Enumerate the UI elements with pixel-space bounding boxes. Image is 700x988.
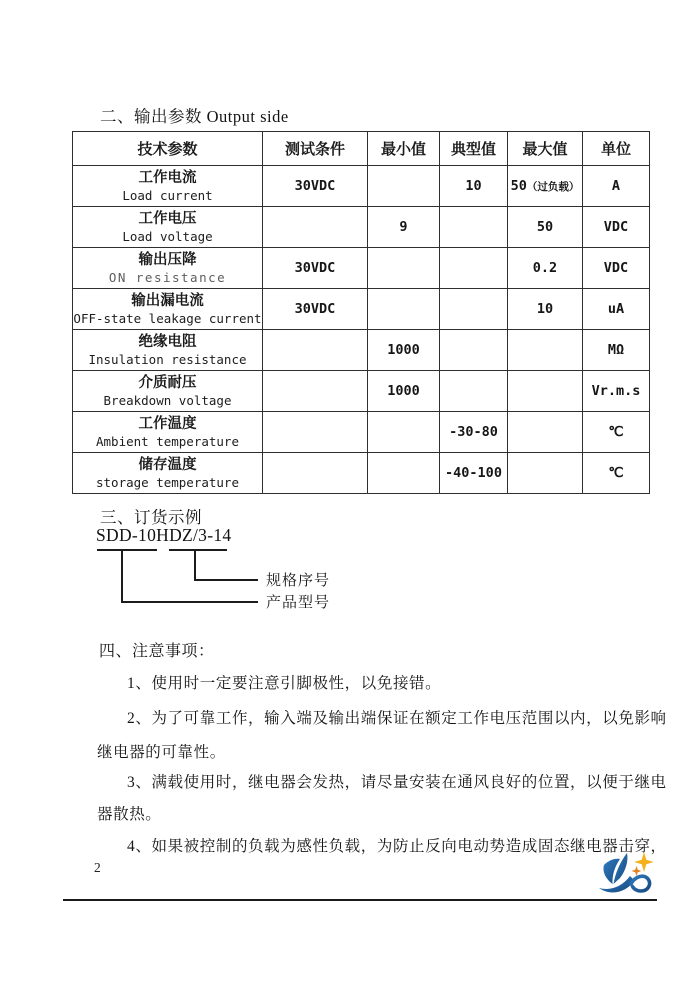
param-name-en: Breakdown voltage bbox=[73, 393, 262, 409]
table-row: 绝缘电阻 Insulation resistance 1000 MΩ bbox=[73, 330, 650, 371]
max-cell bbox=[508, 371, 583, 412]
min-cell: 1000 bbox=[368, 371, 440, 412]
max-cell: 50 bbox=[508, 207, 583, 248]
model-number: SDD-10HDZ/3-14 bbox=[96, 525, 231, 546]
header-unit: 单位 bbox=[583, 132, 650, 166]
typical-cell bbox=[440, 289, 508, 330]
unit-cell: ℃ bbox=[583, 412, 650, 453]
param-name-cn: 工作电流 bbox=[73, 169, 262, 188]
condition-cell bbox=[263, 330, 368, 371]
param-name-cn: 输出压降 bbox=[73, 251, 262, 270]
max-cell: 10 bbox=[508, 289, 583, 330]
header-parameter: 技术参数 bbox=[73, 132, 263, 166]
output-section-heading: 二、输出参数 Output side bbox=[100, 103, 289, 127]
product-connector-horizontal bbox=[121, 601, 258, 603]
typical-cell: -40-100 bbox=[440, 453, 508, 494]
table-header-row: 技术参数 测试条件 最小值 典型值 最大值 单位 bbox=[73, 132, 650, 166]
max-cell bbox=[508, 330, 583, 371]
param-name-en: Insulation resistance bbox=[73, 352, 262, 368]
min-cell bbox=[368, 248, 440, 289]
max-cell bbox=[508, 453, 583, 494]
param-name-cn: 工作温度 bbox=[73, 415, 262, 434]
param-name-en: Load voltage bbox=[73, 229, 262, 245]
param-name-en: Load current bbox=[73, 188, 262, 204]
table-row: 输出压降 ON resistance 30VDC 0.2 VDC bbox=[73, 248, 650, 289]
min-cell: 9 bbox=[368, 207, 440, 248]
model-underline-product bbox=[97, 549, 157, 551]
table-row: 工作电流 Load current 30VDC 10 50（过负载） A bbox=[73, 166, 650, 207]
typical-cell bbox=[440, 248, 508, 289]
condition-cell: 30VDC bbox=[263, 166, 368, 207]
min-cell bbox=[368, 453, 440, 494]
table-row: 储存温度 storage temperature -40-100 ℃ bbox=[73, 453, 650, 494]
header-typical: 典型值 bbox=[440, 132, 508, 166]
company-logo-icon bbox=[597, 850, 653, 900]
condition-cell: 30VDC bbox=[263, 248, 368, 289]
min-cell bbox=[368, 412, 440, 453]
header-condition: 测试条件 bbox=[263, 132, 368, 166]
param-name-cn: 绝缘电阻 bbox=[73, 333, 262, 352]
param-name-cn: 介质耐压 bbox=[73, 374, 262, 393]
max-cell bbox=[508, 412, 583, 453]
unit-cell: A bbox=[583, 166, 650, 207]
condition-cell: 30VDC bbox=[263, 289, 368, 330]
company-logo bbox=[597, 850, 653, 900]
param-name-cn: 储存温度 bbox=[73, 456, 262, 475]
output-parameters-table: 技术参数 测试条件 最小值 典型值 最大值 单位 工作电流 Load curre… bbox=[72, 131, 650, 494]
product-connector-vertical bbox=[121, 549, 123, 603]
unit-cell: uA bbox=[583, 289, 650, 330]
spec-connector-vertical bbox=[194, 549, 196, 581]
unit-cell: VDC bbox=[583, 248, 650, 289]
unit-cell: ℃ bbox=[583, 453, 650, 494]
note-item-3: 3、满载使用时，继电器会发热，请尽量安装在通风良好的位置，以便于继电 bbox=[127, 770, 667, 792]
note-item-4: 4、如果被控制的负载为感性负载，为防止反向电动势造成固态继电器击穿， bbox=[127, 834, 667, 856]
min-cell bbox=[368, 166, 440, 207]
param-name-en: storage temperature bbox=[73, 475, 262, 491]
max-cell: 50（过负载） bbox=[508, 166, 583, 207]
unit-cell: Vr.m.s bbox=[583, 371, 650, 412]
param-name-en: ON resistance bbox=[73, 270, 262, 286]
typical-cell bbox=[440, 330, 508, 371]
datasheet-page: 二、输出参数 Output side 技术参数 测试条件 最小值 典型值 最大值… bbox=[0, 0, 700, 988]
table-row: 工作电压 Load voltage 9 50 VDC bbox=[73, 207, 650, 248]
condition-cell bbox=[263, 207, 368, 248]
typical-cell bbox=[440, 207, 508, 248]
condition-cell bbox=[263, 412, 368, 453]
max-note: （过负载） bbox=[527, 181, 580, 193]
header-min: 最小值 bbox=[368, 132, 440, 166]
product-model-label: 产品型号 bbox=[266, 591, 330, 612]
unit-cell: MΩ bbox=[583, 330, 650, 371]
unit-cell: VDC bbox=[583, 207, 650, 248]
page-number: 2 bbox=[94, 860, 101, 876]
param-name-cn: 工作电压 bbox=[73, 210, 262, 229]
note-item-2-continued: 继电器的可靠性。 bbox=[97, 740, 226, 762]
min-cell bbox=[368, 289, 440, 330]
note-item-1: 1、使用时一定要注意引脚极性，以免接错。 bbox=[127, 671, 441, 693]
max-cell: 0.2 bbox=[508, 248, 583, 289]
typical-cell: 10 bbox=[440, 166, 508, 207]
notes-section-heading: 四、注意事项： bbox=[99, 638, 215, 661]
spec-serial-label: 规格序号 bbox=[266, 569, 330, 590]
typical-cell bbox=[440, 371, 508, 412]
param-name-cn: 输出漏电流 bbox=[73, 292, 262, 311]
footer-divider bbox=[63, 899, 657, 901]
table-row: 输出漏电流 OFF-state leakage current 30VDC 10… bbox=[73, 289, 650, 330]
param-name-en: Ambient temperature bbox=[73, 434, 262, 450]
model-underline-spec bbox=[169, 549, 227, 551]
condition-cell bbox=[263, 453, 368, 494]
table-row: 工作温度 Ambient temperature -30-80 ℃ bbox=[73, 412, 650, 453]
typical-cell: -30-80 bbox=[440, 412, 508, 453]
min-cell: 1000 bbox=[368, 330, 440, 371]
condition-cell bbox=[263, 371, 368, 412]
param-name-en: OFF-state leakage current bbox=[73, 311, 262, 327]
header-max: 最大值 bbox=[508, 132, 583, 166]
note-item-2: 2、为了可靠工作，输入端及输出端保证在额定工作电压范围以内，以免影响 bbox=[127, 706, 667, 728]
note-item-3-continued: 器散热。 bbox=[97, 802, 161, 824]
spec-connector-horizontal bbox=[194, 579, 258, 581]
table-row: 介质耐压 Breakdown voltage 1000 Vr.m.s bbox=[73, 371, 650, 412]
